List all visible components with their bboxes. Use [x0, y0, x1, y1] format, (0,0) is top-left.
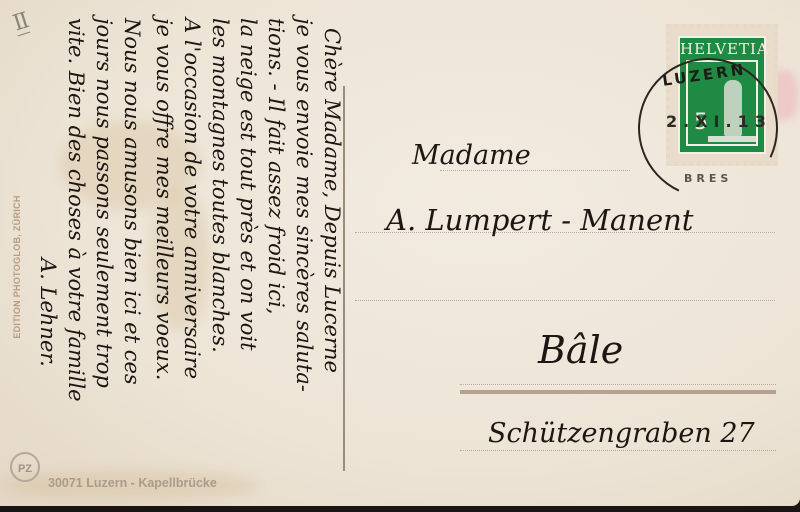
message-line: les montagnes toutes blanches.	[209, 18, 230, 353]
message-line: Nous nous amusons bien ici et ces	[121, 18, 142, 385]
address-salutation: Madame	[412, 140, 531, 171]
center-divider	[343, 86, 345, 471]
address-rule	[460, 450, 776, 451]
message-line: la neige est tout près et on voit	[237, 18, 258, 351]
postcard-back: II EDITION PHOTOGLOB, ZÜRICH Chère Madam…	[0, 0, 800, 506]
address-street: Schützengraben 27	[488, 418, 755, 449]
handwritten-message: Chère Madame, Depuis Lucerne je vous env…	[27, 18, 342, 498]
publisher-imprint: EDITION PHOTOGLOB, ZÜRICH	[12, 182, 22, 352]
message-line: vite. Bien des choses à votre famille	[65, 18, 86, 402]
postmark-date: 2.XI.13	[666, 112, 772, 131]
message-line: je vous envoie mes sincères saluta-	[293, 18, 314, 392]
address-rule-solid	[460, 390, 776, 394]
picture-caption: 30071 Luzern - Kapellbrücke	[48, 476, 217, 490]
message-line: A l'occasion de votre anniversaire	[181, 18, 202, 379]
address-rule	[460, 384, 776, 385]
message-signature: A. Lehner.	[37, 258, 58, 367]
address-name: A. Lumpert - Manent	[386, 203, 693, 237]
message-line: je vous offre mes meilleurs voeux.	[153, 18, 174, 380]
message-line: tions. - Il fait assez froid ici,	[265, 18, 286, 314]
address-rule	[355, 300, 775, 301]
address-city: Bâle	[538, 328, 623, 372]
publisher-logo: PZ	[10, 452, 40, 482]
message-line: Chère Madame, Depuis Lucerne	[321, 28, 342, 373]
postmark-lower: BRES	[684, 172, 732, 185]
message-line: jours nous passons seulement trop	[93, 18, 114, 388]
stamp-country: HELVETIA	[680, 40, 764, 58]
